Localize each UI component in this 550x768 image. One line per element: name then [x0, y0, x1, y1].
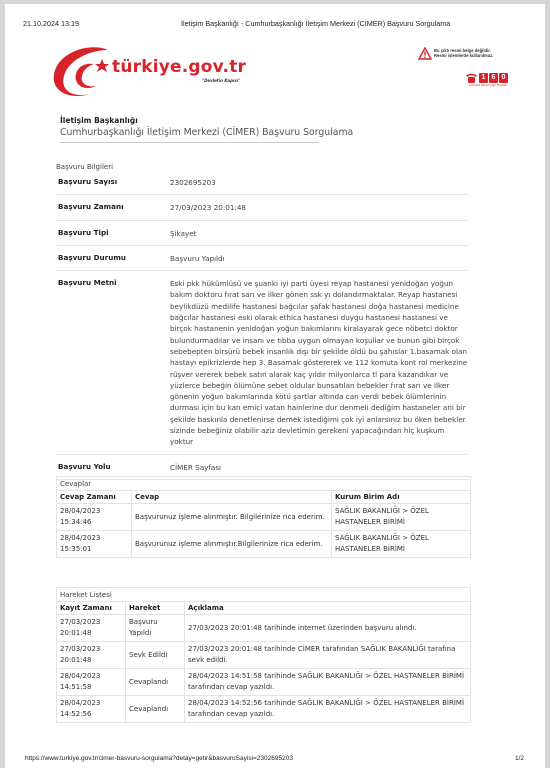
application-info: Başvuru Sayısı 2302695203 Başvuru Zamanı… — [56, 174, 469, 480]
log-time: 20:01:48 — [60, 629, 91, 637]
log-date: 28/04/2023 — [60, 699, 100, 707]
log-action: Başvuru Yapıldı — [126, 615, 185, 642]
hotline-digit: 1 — [479, 73, 488, 83]
log-description: 27/03/2023 20:01:48 tarihinde internet ü… — [185, 615, 471, 642]
info-label: Başvuru Zamanı — [56, 202, 170, 213]
hotline-digit: 0 — [499, 73, 508, 83]
info-value: 27/03/2023 20:01:48 — [170, 202, 469, 213]
page-indicator: 1/2 — [515, 755, 524, 762]
log-action: Cevaplandı — [126, 669, 185, 696]
response-unit: SAĞLIK BAKANLIĞI > ÖZEL HASTANELER BİRİM… — [332, 504, 471, 531]
activity-log-table: Hareket Listesi Kayıt Zamanı Hareket Açı… — [56, 587, 471, 723]
info-value: 2302695203 — [170, 177, 469, 188]
log-description: 27/03/2023 20:01:48 tarihinde CİMER tara… — [185, 642, 471, 669]
response-date: 28/04/2023 — [60, 534, 100, 542]
hotline-160: 1 6 0 e-Devlet Kapısı Çağrı Merkezi — [465, 73, 525, 95]
info-label: Başvuru Tipi — [56, 228, 170, 239]
table-row: 27/03/202320:01:48 Başvuru Yapıldı 27/03… — [57, 615, 470, 642]
log-time: 14:51:58 — [60, 683, 91, 691]
warning-triangle-icon — [418, 47, 432, 60]
warning-line-2: Resmi işlemlerde kullanılmaz. — [434, 53, 493, 58]
info-value: Şikayet — [170, 228, 469, 239]
hotline-caption: e-Devlet Kapısı Çağrı Merkezi — [469, 84, 507, 87]
logo-tagline: "Devletin Kapısı" — [202, 78, 240, 83]
column-header: Cevap — [132, 491, 332, 504]
info-label: Başvuru Metni — [56, 278, 170, 447]
log-date: 28/04/2023 — [60, 672, 100, 680]
info-label: Başvuru Sayısı — [56, 177, 170, 188]
column-header: Kayıt Zamanı — [57, 602, 126, 615]
response-unit: SAĞLIK BAKANLIĞI > ÖZEL HASTANELER BİRİM… — [332, 531, 471, 558]
crescent-star-icon — [50, 42, 120, 102]
column-header: Kurum Birim Adı — [332, 491, 471, 504]
page-title: Cumhurbaşkanlığı İletişim Merkezi (CİMER… — [60, 127, 318, 143]
info-row-basvuru-zamani: Başvuru Zamanı 27/03/2023 20:01:48 — [56, 195, 469, 220]
table-caption: Hareket Listesi — [57, 588, 470, 602]
print-datetime: 21.10.2024 13:19 — [23, 19, 79, 28]
log-action: Cevaplandı — [126, 696, 185, 723]
organization-name: İletişim Başkanlığı — [60, 116, 138, 125]
response-time: 15:34:46 — [60, 518, 91, 526]
response-text: Başvurunuz işleme alınmıştır. Bilgilerin… — [132, 504, 332, 531]
log-date: 27/03/2023 — [60, 645, 100, 653]
responses-table: Cevaplar Cevap Zamanı Cevap Kurum Birim … — [56, 476, 471, 558]
response-time: 15:35:01 — [60, 545, 91, 553]
logo-wordmark: türkiye.gov.tr — [112, 57, 246, 77]
hotline-digit: 6 — [489, 73, 498, 83]
turkiye-gov-logo[interactable]: türkiye.gov.tr "Devletin Kapısı" — [50, 42, 270, 102]
info-row-basvuru-sayisi: Başvuru Sayısı 2302695203 — [56, 174, 469, 195]
table-row: 28/04/202315:35:01 Başvurunuz işleme alı… — [57, 531, 470, 558]
log-time: 14:52:56 — [60, 710, 91, 718]
print-header: 21.10.2024 13:19 İletişim Başkanlığı - C… — [5, 17, 545, 31]
log-time: 20:01:48 — [60, 656, 91, 664]
table-row: 28/04/202314:52:56 Cevaplandı 28/04/2023… — [57, 696, 470, 723]
response-date: 28/04/2023 — [60, 507, 100, 515]
info-value: Başvuru Yapıldı — [170, 253, 469, 264]
log-description: 28/04/2023 14:51:58 tarihinde SAĞLIK BAK… — [185, 669, 471, 696]
column-header: Açıklama — [185, 602, 471, 615]
info-row-basvuru-durumu: Başvuru Durumu Başvuru Yapıldı — [56, 246, 469, 271]
table-caption: Cevaplar — [57, 477, 470, 491]
info-value: Eski pkk hükümlüsü ve şuanki iyi parti ü… — [170, 278, 469, 447]
log-action: Sevk Edildi — [126, 642, 185, 669]
response-text: Başvurunuz işleme alınmıştır.Bilgilerini… — [132, 531, 332, 558]
table-row: 28/04/202314:51:58 Cevaplandı 28/04/2023… — [57, 669, 470, 696]
section-basvuru-bilgileri: Başvuru Bilgileri — [56, 163, 113, 171]
info-value: CİMER Sayfası — [170, 462, 469, 473]
log-date: 27/03/2023 — [60, 618, 100, 626]
table-row: 27/03/202320:01:48 Sevk Edildi 27/03/202… — [57, 642, 470, 669]
page-url[interactable]: https://www.turkiye.gov.tr/cimer-basvuru… — [25, 755, 293, 762]
table-row: 28/04/202315:34:46 Başvurunuz işleme alı… — [57, 504, 470, 531]
info-row-basvuru-tipi: Başvuru Tipi Şikayet — [56, 221, 469, 246]
log-description: 28/04/2023 14:52:56 tarihinde SAĞLIK BAK… — [185, 696, 471, 723]
printed-page: 21.10.2024 13:19 İletişim Başkanlığı - C… — [5, 4, 545, 768]
phone-icon — [465, 73, 478, 83]
unofficial-document-warning: Bu çıktı resmi belge değildir. Resmi işl… — [418, 46, 528, 66]
print-title: İletişim Başkanlığı - Cumhurbaşkanlığı İ… — [181, 19, 450, 28]
info-label: Başvuru Yolu — [56, 462, 170, 473]
column-header: Cevap Zamanı — [57, 491, 132, 504]
info-label: Başvuru Durumu — [56, 253, 170, 264]
column-header: Hareket — [126, 602, 185, 615]
info-row-basvuru-metni: Başvuru Metni Eski pkk hükümlüsü ve şuan… — [56, 271, 469, 454]
